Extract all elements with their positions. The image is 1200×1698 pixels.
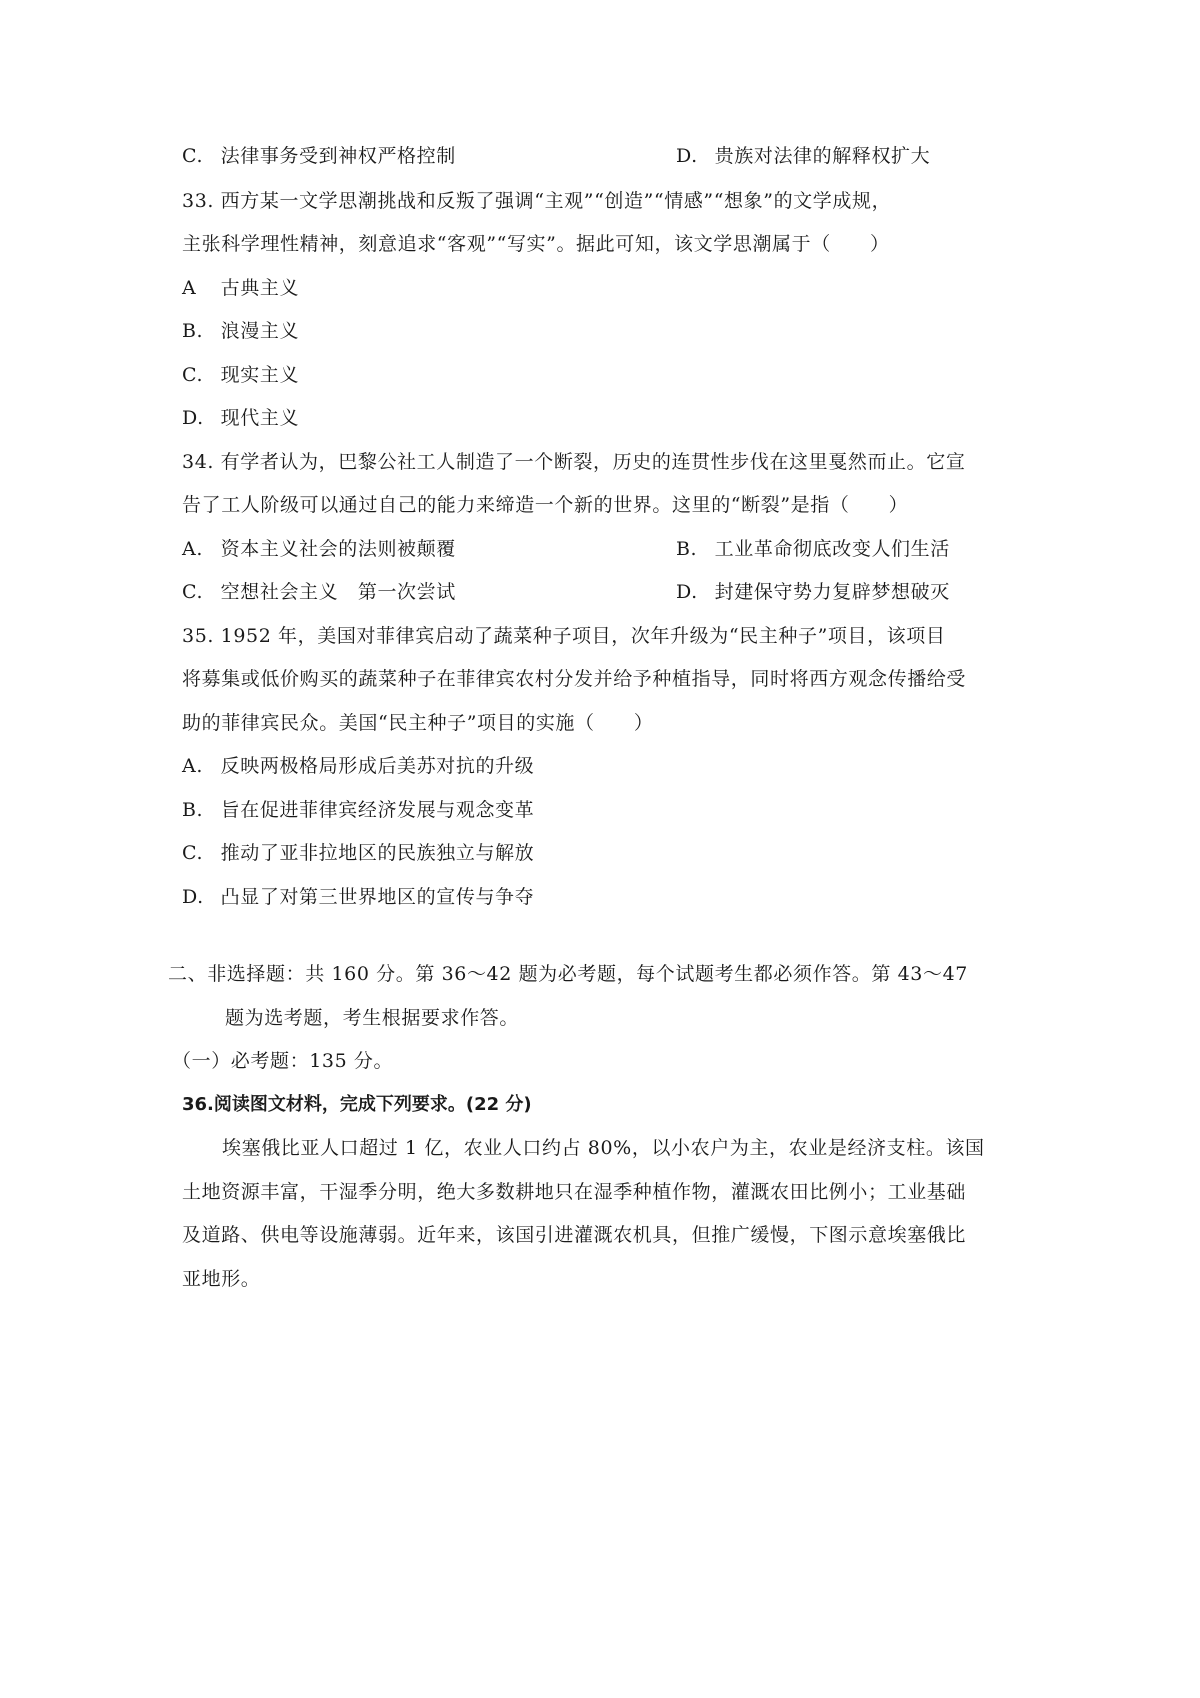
- q35-option-d: D. 凸显了对第三世界地区的宣传与争夺: [182, 884, 534, 910]
- option-text: 空想社会主义 第一次尝试: [221, 581, 456, 603]
- q36-title: 36.阅读图文材料，完成下列要求。(22 分): [182, 1092, 532, 1118]
- option-label: D.: [676, 579, 708, 605]
- q35-option-b: B. 旨在促进菲律宾经济发展与观念变革: [182, 797, 534, 823]
- option-label: C.: [182, 362, 214, 388]
- q36-para-line3: 及道路、供电等设施薄弱。近年来，该国引进灌溉农机具，但推广缓慢，下图示意埃塞俄比: [182, 1222, 966, 1248]
- q35-option-a: A. 反映两极格局形成后美苏对抗的升级: [182, 753, 534, 779]
- option-label: A.: [182, 536, 214, 562]
- option-label: C.: [182, 143, 214, 169]
- q36-para-line1: 埃塞俄比亚人口超过 1 亿，农业人口约占 80%，以小农户为主，农业是经济支柱。…: [222, 1135, 985, 1161]
- option-text: 凸显了对第三世界地区的宣传与争夺: [221, 886, 535, 908]
- q36-para-line2: 土地资源丰富，干湿季分明，绝大多数耕地只在湿季种植作物，灌溉农田比例小；工业基础: [182, 1179, 966, 1205]
- option-text: 浪漫主义: [221, 320, 299, 342]
- q32-option-c: C. 法律事务受到神权严格控制: [182, 143, 456, 169]
- q34-option-b: B. 工业革命彻底改变人们生活: [676, 536, 950, 562]
- option-label: B.: [676, 536, 708, 562]
- option-text: 古典主义: [221, 277, 299, 299]
- option-text: 现实主义: [221, 364, 299, 386]
- q35-stem-line3: 助的菲律宾民众。美国“民主种子”项目的实施（ ）: [182, 710, 653, 736]
- q34-option-d: D. 封建保守势力复辟梦想破灭: [676, 579, 950, 605]
- option-text: 资本主义社会的法则被颠覆: [221, 538, 456, 560]
- q33-option-c: C. 现实主义: [182, 362, 299, 388]
- q34-option-a: A. 资本主义社会的法则被颠覆: [182, 536, 456, 562]
- option-label: A.: [182, 753, 214, 779]
- option-text: 反映两极格局形成后美苏对抗的升级: [221, 755, 535, 777]
- q33-option-b: B. 浪漫主义: [182, 318, 299, 344]
- option-label: C.: [182, 840, 214, 866]
- option-label: B.: [182, 318, 214, 344]
- q35-option-c: C. 推动了亚非拉地区的民族独立与解放: [182, 840, 534, 866]
- option-label: B.: [182, 797, 214, 823]
- q33-option-d: D. 现代主义: [182, 405, 299, 431]
- option-text: 贵族对法律的解释权扩大: [715, 145, 931, 167]
- option-label: D.: [182, 405, 214, 431]
- q32-option-d: D. 贵族对法律的解释权扩大: [676, 143, 930, 169]
- q35-stem-line2: 将募集或低价购买的蔬菜种子在菲律宾农村分发并给予种植指导，同时将西方观念传播给受: [182, 666, 966, 692]
- q33-stem-line1: 33. 西方某一文学思潮挑战和反叛了强调“主观”“创造”“情感”“想象”的文学成…: [182, 188, 891, 214]
- q36-para-line4: 亚地形。: [182, 1266, 260, 1292]
- option-label: D.: [676, 143, 708, 169]
- option-text: 旨在促进菲律宾经济发展与观念变革: [221, 799, 535, 821]
- q33-stem-line2: 主张科学理性精神，刻意追求“客观”“写实”。据此可知，该文学思潮属于（ ）: [182, 231, 890, 257]
- option-label: A: [182, 275, 214, 301]
- option-text: 推动了亚非拉地区的民族独立与解放: [221, 842, 535, 864]
- section2-sub-heading: （一）必考题：135 分。: [172, 1048, 393, 1074]
- option-label: C.: [182, 579, 214, 605]
- q33-option-a: A 古典主义: [182, 275, 299, 301]
- option-text: 封建保守势力复辟梦想破灭: [715, 581, 950, 603]
- section2-heading-line2: 题为选考题，考生根据要求作答。: [225, 1005, 519, 1031]
- exam-page: C. 法律事务受到神权严格控制 D. 贵族对法律的解释权扩大 33. 西方某一文…: [0, 0, 1200, 1698]
- q34-stem-line1: 34. 有学者认为，巴黎公社工人制造了一个断裂，历史的连贯性步伐在这里戛然而止。…: [182, 449, 965, 475]
- q34-stem-line2: 告了工人阶级可以通过自己的能力来缔造一个新的世界。这里的“断裂”是指（ ）: [182, 492, 908, 518]
- section2-heading-line1: 二、非选择题：共 160 分。第 36～42 题为必考题，每个试题考生都必须作答…: [168, 961, 968, 987]
- option-text: 法律事务受到神权严格控制: [221, 145, 456, 167]
- option-text: 现代主义: [221, 407, 299, 429]
- option-label: D.: [182, 884, 214, 910]
- q34-option-c: C. 空想社会主义 第一次尝试: [182, 579, 456, 605]
- q35-stem-line1: 35. 1952 年，美国对菲律宾启动了蔬菜种子项目，次年升级为“民主种子”项目…: [182, 623, 945, 649]
- option-text: 工业革命彻底改变人们生活: [715, 538, 950, 560]
